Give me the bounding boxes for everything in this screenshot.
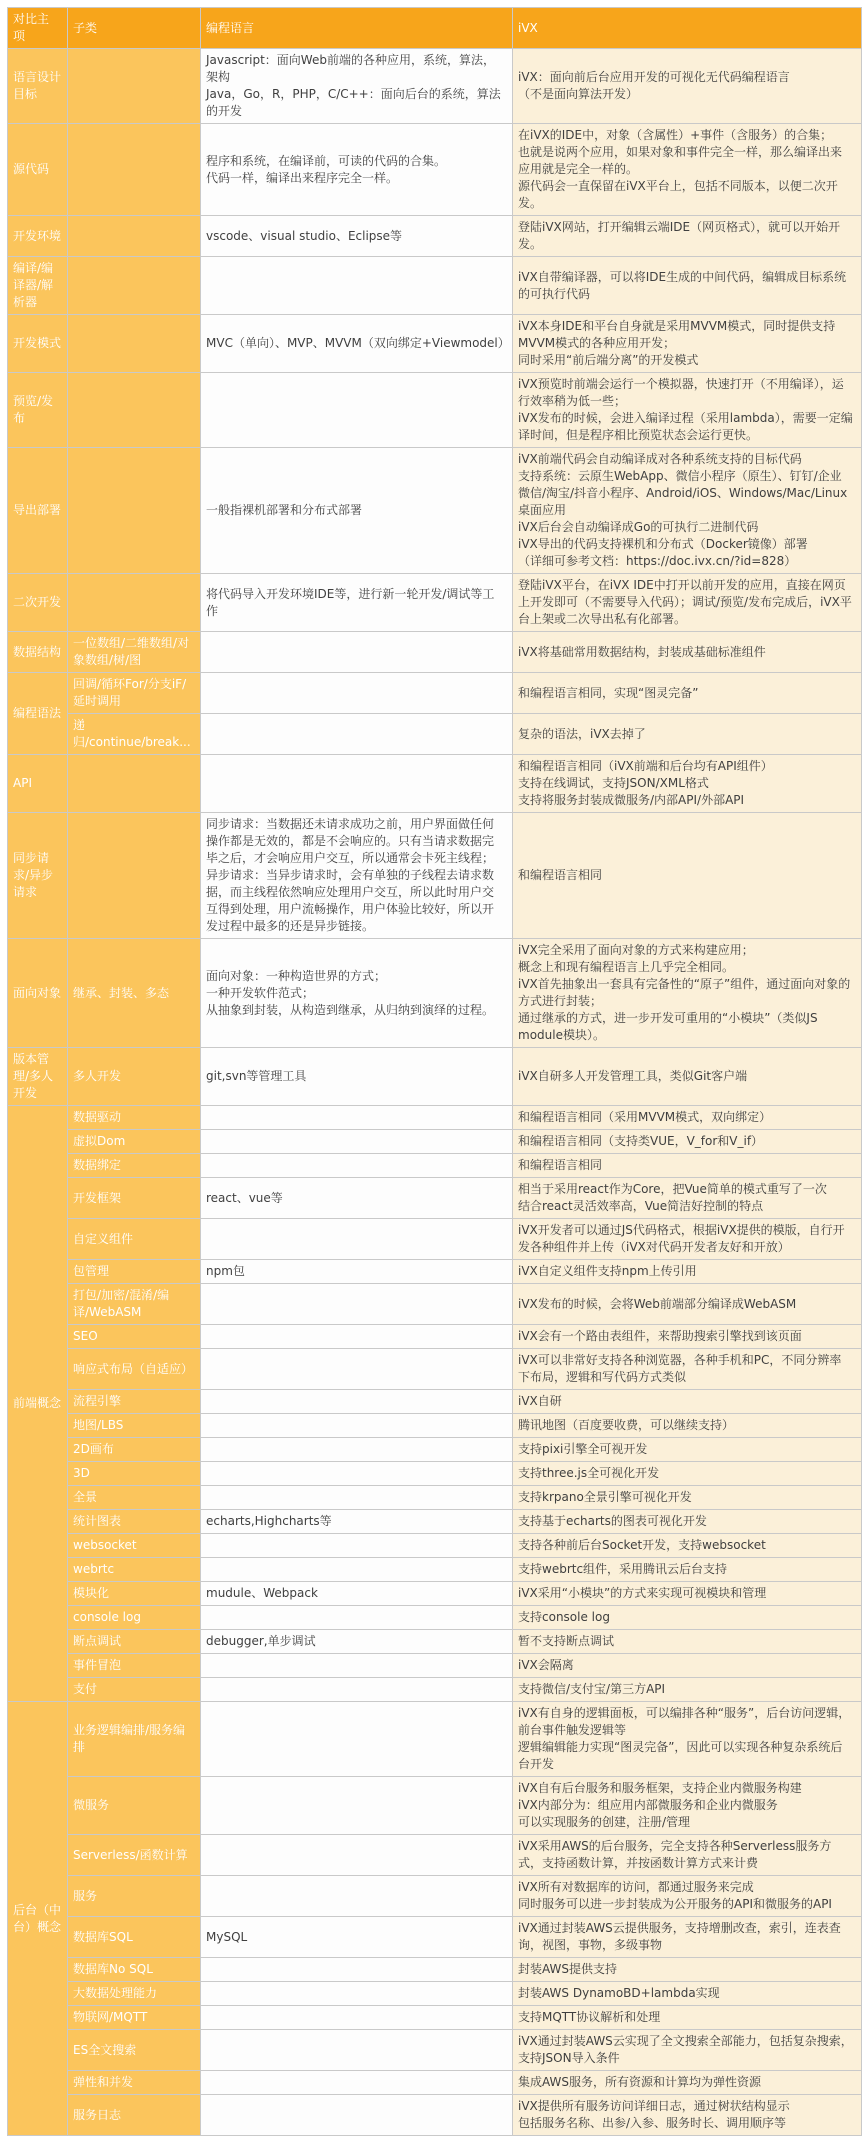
subcategory-cell: 服务日志 bbox=[68, 2095, 201, 2136]
ivx-value-cell: 封装AWS提供支持 bbox=[513, 1958, 862, 1982]
programming-language-cell bbox=[201, 1777, 513, 1835]
ivx-value-cell: iVX提供所有服务访问详细日志，通过树状结构显示包括服务名称、出参/入参、服务时… bbox=[513, 2095, 862, 2136]
cell-line: iVX内部分为：组应用内部微服务和企业内微服务 bbox=[518, 1797, 853, 1814]
main-category-cell: 数据结构 bbox=[8, 632, 68, 673]
cell-line: 将代码导入开发环境IDE等，进行新一轮开发/调试等工作 bbox=[206, 586, 504, 620]
cell-line: debugger,单步调试 bbox=[206, 1633, 504, 1650]
programming-language-cell: mudule、Webpack bbox=[201, 1582, 513, 1606]
subcategory-cell: 数据绑定 bbox=[68, 1154, 201, 1178]
subcategory-cell: 业务逻辑编排/服务编排 bbox=[68, 1702, 201, 1777]
ivx-value-cell: 和编程语言相同 bbox=[513, 813, 862, 939]
table-row: 语言设计目标Javascript：面向Web前端的各种应用，系统，算法，架构Ja… bbox=[8, 49, 862, 124]
programming-language-cell bbox=[201, 714, 513, 755]
table-row: 统计图表echarts,Highcharts等支持基于echarts的图表可视化… bbox=[8, 1510, 862, 1534]
cell-line: 在iVX的IDE中，对象（含属性）+事件（含服务）的合集； bbox=[518, 127, 853, 144]
programming-language-cell bbox=[201, 1558, 513, 1582]
ivx-value-cell: 支持基于echarts的图表可视化开发 bbox=[513, 1510, 862, 1534]
ivx-value-cell: 登陆iVX平台，在iVX IDE中打开以前开发的应用，直接在网页上开发即可（不需… bbox=[513, 574, 862, 632]
cell-line: 支持krpano全景引擎可视化开发 bbox=[518, 1489, 853, 1506]
programming-language-cell: npm包 bbox=[201, 1260, 513, 1284]
cell-line: iVX通过封装AWS云提供服务，支持增删改查，索引，连表查询，视图，事物，多级事… bbox=[518, 1920, 853, 1954]
cell-line: 通过继承的方式，进一步开发可重用的“小模块”（类似JS module模块）。 bbox=[518, 1010, 853, 1044]
programming-language-cell bbox=[201, 1325, 513, 1349]
programming-language-cell bbox=[201, 1486, 513, 1510]
table-row: 前端概念数据驱动和编程语言相同（采用MVVM模式，双向绑定） bbox=[8, 1106, 862, 1130]
cell-line: 支持three.js全可视化开发 bbox=[518, 1465, 853, 1482]
subcategory-cell: 虚拟Dom bbox=[68, 1130, 201, 1154]
cell-line: iVX会有一个路由表组件，来帮助搜索引擎找到该页面 bbox=[518, 1328, 853, 1345]
cell-line: 和编程语言相同 bbox=[518, 1157, 853, 1174]
programming-language-cell bbox=[201, 1702, 513, 1777]
cell-line: react、vue等 bbox=[206, 1190, 504, 1207]
ivx-value-cell: 和编程语言相同（采用MVVM模式，双向绑定） bbox=[513, 1106, 862, 1130]
ivx-value-cell: iVX采用“小模块”的方式来实现可视模块和管理 bbox=[513, 1582, 862, 1606]
table-row: 弹性和并发集成AWS服务，所有资源和计算均为弹性资源 bbox=[8, 2071, 862, 2095]
table-row: 支付支持微信/支付宝/第三方API bbox=[8, 1678, 862, 1702]
programming-language-cell bbox=[201, 1462, 513, 1486]
programming-language-cell bbox=[201, 1349, 513, 1390]
programming-language-cell bbox=[201, 1130, 513, 1154]
table-row: websocket支持各种前后台Socket开发，支持websocket bbox=[8, 1534, 862, 1558]
cell-line: 支持微信/支付宝/第三方API bbox=[518, 1681, 853, 1698]
header-cell-ivx: iVX bbox=[513, 8, 862, 49]
table-row: 数据库No SQL封装AWS提供支持 bbox=[8, 1958, 862, 1982]
programming-language-cell bbox=[201, 1654, 513, 1678]
cell-line: 支持各种前后台Socket开发，支持websocket bbox=[518, 1537, 853, 1554]
cell-line: MVC（单向）、MVP、MVVM（双向绑定+Viewmodel） bbox=[206, 335, 504, 352]
subcategory-cell: 数据驱动 bbox=[68, 1106, 201, 1130]
ivx-value-cell: 支持微信/支付宝/第三方API bbox=[513, 1678, 862, 1702]
cell-line: 和编程语言相同（iVX前端和后台均有API组件） bbox=[518, 758, 853, 775]
subcategory-cell bbox=[68, 216, 201, 257]
cell-line: 一般指裸机部署和分布式部署 bbox=[206, 502, 504, 519]
cell-line: iVX导出的代码支持裸机和分布式（Docker镜像）部署 bbox=[518, 536, 853, 553]
subcategory-cell bbox=[68, 49, 201, 124]
main-category-cell: 预览/发布 bbox=[8, 373, 68, 448]
cell-line: 一种开发软件范式； bbox=[206, 985, 504, 1002]
subcategory-cell: 响应式布局（自适应） bbox=[68, 1349, 201, 1390]
ivx-value-cell: 暂不支持断点调试 bbox=[513, 1630, 862, 1654]
programming-language-cell bbox=[201, 1835, 513, 1876]
ivx-value-cell: 和编程语言相同 bbox=[513, 1154, 862, 1178]
cell-line: iVX自研 bbox=[518, 1393, 853, 1410]
subcategory-cell: 统计图表 bbox=[68, 1510, 201, 1534]
subcategory-cell bbox=[68, 315, 201, 373]
table-row: 预览/发布iVX预览时前端会运行一个模拟器，快速打开（不用编译），运行效率稍为低… bbox=[8, 373, 862, 448]
subcategory-cell bbox=[68, 448, 201, 574]
ivx-value-cell: iVX开发者可以通过JS代码格式，根据iVX提供的模版，自行开发各种组件并上传（… bbox=[513, 1219, 862, 1260]
main-category-cell: 后台（中台）概念 bbox=[8, 1702, 68, 2136]
main-category-cell: 编译/编译器/解析器 bbox=[8, 257, 68, 315]
programming-language-cell bbox=[201, 1534, 513, 1558]
ivx-value-cell: 和编程语言相同（支持类VUE，V_for和V_if） bbox=[513, 1130, 862, 1154]
programming-language-cell: MVC（单向）、MVP、MVVM（双向绑定+Viewmodel） bbox=[201, 315, 513, 373]
table-row: Serverless/函数计算iVX采用AWS的后台服务，完全支持各种Serve… bbox=[8, 1835, 862, 1876]
programming-language-cell bbox=[201, 1390, 513, 1414]
subcategory-cell: Serverless/函数计算 bbox=[68, 1835, 201, 1876]
cell-line: 从抽象到封装，从构造到继承，从归纳到演绎的过程。 bbox=[206, 1002, 504, 1019]
table-row: 二次开发将代码导入开发环境IDE等，进行新一轮开发/调试等工作登陆iVX平台，在… bbox=[8, 574, 862, 632]
programming-language-cell: 面向对象：一种构造世界的方式；一种开发软件范式；从抽象到封装，从构造到继承，从归… bbox=[201, 939, 513, 1048]
subcategory-cell: 事件冒泡 bbox=[68, 1654, 201, 1678]
table-row: 物联网/MQTT支持MQTT协议解析和处理 bbox=[8, 2006, 862, 2030]
table-row: 源代码程序和系统，在编译前，可读的代码的合集。代码一样，编译出来程序完全一样。在… bbox=[8, 124, 862, 216]
cell-line: 概念上和现有编程语言上几乎完全相同。 bbox=[518, 959, 853, 976]
subcategory-cell: 包管理 bbox=[68, 1260, 201, 1284]
programming-language-cell bbox=[201, 1438, 513, 1462]
cell-line: MySQL bbox=[206, 1929, 504, 1946]
cell-line: iVX将基础常用数据结构，封装成基础标准组件 bbox=[518, 644, 853, 661]
ivx-value-cell: iVX将基础常用数据结构，封装成基础标准组件 bbox=[513, 632, 862, 673]
main-category-cell: 源代码 bbox=[8, 124, 68, 216]
programming-language-cell bbox=[201, 257, 513, 315]
ivx-value-cell: 腾讯地图（百度要收费，可以继续支持） bbox=[513, 1414, 862, 1438]
programming-language-cell bbox=[201, 1106, 513, 1130]
table-row: 数据库SQLMySQLiVX通过封装AWS云提供服务，支持增删改查，索引，连表查… bbox=[8, 1917, 862, 1958]
table-row: 同步请求/异步请求同步请求：当数据还未请求成功之前，用户界面做任何操作都是无效的… bbox=[8, 813, 862, 939]
ivx-value-cell: 支持three.js全可视化开发 bbox=[513, 1462, 862, 1486]
table-row: 数据绑定和编程语言相同 bbox=[8, 1154, 862, 1178]
table-row: 2D画布支持pixi引擎全可视开发 bbox=[8, 1438, 862, 1462]
cell-line: 支持系统：云原生WebApp、微信小程序（原生）、钉钉/企业微信/淘宝/抖音小程… bbox=[518, 468, 853, 519]
cell-line: iVX所有对数据库的访问，都通过服务来完成 bbox=[518, 1879, 853, 1896]
table-row: 包管理npm包iVX自定义组件支持npm上传引用 bbox=[8, 1260, 862, 1284]
programming-language-cell: react、vue等 bbox=[201, 1178, 513, 1219]
cell-line: iVX可以非常好支持各种浏览器，各种手机和PC，不同分辨率下布局，逻辑和写代码方… bbox=[518, 1352, 853, 1386]
cell-line: 支持MQTT协议解析和处理 bbox=[518, 2009, 853, 2026]
subcategory-cell: websocket bbox=[68, 1534, 201, 1558]
subcategory-cell: ES全文搜索 bbox=[68, 2030, 201, 2071]
programming-language-cell bbox=[201, 1414, 513, 1438]
cell-line: 复杂的语法，iVX去掉了 bbox=[518, 726, 853, 743]
table-row: 数据结构一位数组/二维数组/对象数组/树/图iVX将基础常用数据结构，封装成基础… bbox=[8, 632, 862, 673]
cell-line: mudule、Webpack bbox=[206, 1585, 504, 1602]
table-row: 编译/编译器/解析器iVX自带编译器，可以将IDE生成的中间代码，编辑成目标系统… bbox=[8, 257, 862, 315]
subcategory-cell: 模块化 bbox=[68, 1582, 201, 1606]
programming-language-cell bbox=[201, 1284, 513, 1325]
cell-line: 同步请求：当数据还未请求成功之前，用户界面做任何操作都是无效的，都是不会响应的。… bbox=[206, 816, 504, 867]
programming-language-cell: debugger,单步调试 bbox=[201, 1630, 513, 1654]
header-cell-programming-language: 编程语言 bbox=[201, 8, 513, 49]
table-row: 版本管理/多人开发多人开发git,svn等管理工具iVX自研多人开发管理工具，类… bbox=[8, 1048, 862, 1106]
ivx-value-cell: 在iVX的IDE中，对象（含属性）+事件（含服务）的合集；也就是说两个应用，如果… bbox=[513, 124, 862, 216]
cell-line: Java，Go，R，PHP，C/C++：面向后台的系统，算法的开发 bbox=[206, 86, 504, 120]
cell-line: 相当于采用react作为Core，把Vue简单的模式重写了一次 bbox=[518, 1181, 853, 1198]
cell-line: 和编程语言相同（支持类VUE，V_for和V_if） bbox=[518, 1133, 853, 1150]
subcategory-cell: 全景 bbox=[68, 1486, 201, 1510]
ivx-value-cell: 登陆iVX网站，打开编辑云端IDE（网页格式），就可以开始开发。 bbox=[513, 216, 862, 257]
subcategory-cell bbox=[68, 574, 201, 632]
table-row: 微服务iVX自有后台服务和服务框架，支持企业内微服务构建iVX内部分为：组应用内… bbox=[8, 1777, 862, 1835]
ivx-value-cell: 支持krpano全景引擎可视化开发 bbox=[513, 1486, 862, 1510]
ivx-value-cell: 集成AWS服务，所有资源和计算均为弹性资源 bbox=[513, 2071, 862, 2095]
cell-line: iVX发布的时候，会进入编译过程（采用lambda），需要一定编译时间，但是程序… bbox=[518, 410, 853, 444]
ivx-value-cell: iVX自研多人开发管理工具，类似Git客户端 bbox=[513, 1048, 862, 1106]
table-row: API和编程语言相同（iVX前端和后台均有API组件）支持在线调试，支持JSON… bbox=[8, 755, 862, 813]
ivx-value-cell: 封装AWS DynamoBD+lambda实现 bbox=[513, 1982, 862, 2006]
cell-line: iVX自研多人开发管理工具，类似Git客户端 bbox=[518, 1068, 853, 1085]
subcategory-cell: 地图/LBS bbox=[68, 1414, 201, 1438]
table-row: 3D支持three.js全可视化开发 bbox=[8, 1462, 862, 1486]
main-category-cell: 同步请求/异步请求 bbox=[8, 813, 68, 939]
ivx-value-cell: iVX采用AWS的后台服务，完全支持各种Serverless服务方式，支持函数计… bbox=[513, 1835, 862, 1876]
cell-line: iVX自带编译器，可以将IDE生成的中间代码，编辑成目标系统的可执行代码 bbox=[518, 269, 853, 303]
table-row: 导出部署一般指裸机部署和分布式部署iVX前端代码会自动编译成对各种系统支持的目标… bbox=[8, 448, 862, 574]
main-category-cell: 面向对象 bbox=[8, 939, 68, 1048]
cell-line: iVX提供所有服务访问详细日志，通过树状结构显示 bbox=[518, 2098, 853, 2115]
programming-language-cell: 程序和系统，在编译前，可读的代码的合集。代码一样，编译出来程序完全一样。 bbox=[201, 124, 513, 216]
table-row: 开发框架react、vue等相当于采用react作为Core，把Vue简单的模式… bbox=[8, 1178, 862, 1219]
programming-language-cell bbox=[201, 1678, 513, 1702]
table-row: 开发模式MVC（单向）、MVP、MVVM（双向绑定+Viewmodel）iVX本… bbox=[8, 315, 862, 373]
cell-line: iVX有自身的逻辑面板，可以编排各种“服务”，后台访问逻辑，前台事件触发逻辑等 bbox=[518, 1705, 853, 1739]
programming-language-cell bbox=[201, 673, 513, 714]
subcategory-cell: 服务 bbox=[68, 1876, 201, 1917]
cell-line: iVX开发者可以通过JS代码格式，根据iVX提供的模版，自行开发各种组件并上传（… bbox=[518, 1222, 853, 1256]
cell-line: vscode、visual studio、Eclipse等 bbox=[206, 228, 504, 245]
table-row: 后台（中台）概念业务逻辑编排/服务编排iVX有自身的逻辑面板，可以编排各种“服务… bbox=[8, 1702, 862, 1777]
subcategory-cell bbox=[68, 373, 201, 448]
programming-language-cell bbox=[201, 1958, 513, 1982]
cell-line: 也就是说两个应用，如果对象和事件完全一样，那么编译出来应用就是完全一样的。 bbox=[518, 144, 853, 178]
table-row: 开发环境vscode、visual studio、Eclipse等登陆iVX网站… bbox=[8, 216, 862, 257]
table-row: 自定义组件iVX开发者可以通过JS代码格式，根据iVX提供的模版，自行开发各种组… bbox=[8, 1219, 862, 1260]
cell-line: Javascript：面向Web前端的各种应用，系统，算法，架构 bbox=[206, 52, 504, 86]
cell-line: 支持基于echarts的图表可视化开发 bbox=[518, 1513, 853, 1530]
cell-line: 同时服务可以进一步封装成为公开服务的API和微服务的API bbox=[518, 1896, 853, 1913]
cell-line: 登陆iVX平台，在iVX IDE中打开以前开发的应用，直接在网页上开发即可（不需… bbox=[518, 577, 853, 628]
programming-language-cell: echarts,Highcharts等 bbox=[201, 1510, 513, 1534]
subcategory-cell: 微服务 bbox=[68, 1777, 201, 1835]
subcategory-cell: webrtc bbox=[68, 1558, 201, 1582]
table-row: 事件冒泡iVX会隔离 bbox=[8, 1654, 862, 1678]
cell-line: iVX自定义组件支持npm上传引用 bbox=[518, 1263, 853, 1280]
programming-language-cell: MySQL bbox=[201, 1917, 513, 1958]
cell-line: iVX完全采用了面向对象的方式来构建应用； bbox=[518, 942, 853, 959]
cell-line: 逻辑编辑能力实现“图灵完备”，因此可以实现各种复杂系统后台开发 bbox=[518, 1739, 853, 1773]
ivx-value-cell: iVX发布的时候，会将Web前端部分编译成WebASM bbox=[513, 1284, 862, 1325]
ivx-value-cell: iVX所有对数据库的访问，都通过服务来完成同时服务可以进一步封装成为公开服务的A… bbox=[513, 1876, 862, 1917]
ivx-value-cell: iVX有自身的逻辑面板，可以编排各种“服务”，后台访问逻辑，前台事件触发逻辑等逻… bbox=[513, 1702, 862, 1777]
cell-line: iVX采用“小模块”的方式来实现可视模块和管理 bbox=[518, 1585, 853, 1602]
table-row: 打包/加密/混淆/编译/WebASMiVX发布的时候，会将Web前端部分编译成W… bbox=[8, 1284, 862, 1325]
subcategory-cell bbox=[68, 813, 201, 939]
cell-line: 支持将服务封装成微服务/内部API/外部API bbox=[518, 792, 853, 809]
subcategory-cell: 数据库No SQL bbox=[68, 1958, 201, 1982]
main-category-cell: 版本管理/多人开发 bbox=[8, 1048, 68, 1106]
programming-language-cell bbox=[201, 2071, 513, 2095]
programming-language-cell bbox=[201, 1606, 513, 1630]
table-row: 地图/LBS腾讯地图（百度要收费，可以继续支持） bbox=[8, 1414, 862, 1438]
subcategory-cell: 一位数组/二维数组/对象数组/树/图 bbox=[68, 632, 201, 673]
cell-line: 面向对象：一种构造世界的方式； bbox=[206, 968, 504, 985]
table-row: 模块化mudule、WebpackiVX采用“小模块”的方式来实现可视模块和管理 bbox=[8, 1582, 862, 1606]
cell-line: 和编程语言相同 bbox=[518, 867, 853, 884]
cell-line: 登陆iVX网站，打开编辑云端IDE（网页格式），就可以开始开发。 bbox=[518, 219, 853, 253]
ivx-value-cell: 相当于采用react作为Core，把Vue简单的模式重写了一次结合react灵活… bbox=[513, 1178, 862, 1219]
subcategory-cell: 自定义组件 bbox=[68, 1219, 201, 1260]
main-category-cell: 前端概念 bbox=[8, 1106, 68, 1702]
subcategory-cell: 支付 bbox=[68, 1678, 201, 1702]
ivx-value-cell: 和编程语言相同，实现“图灵完备” bbox=[513, 673, 862, 714]
ivx-value-cell: iVX预览时前端会运行一个模拟器，快速打开（不用编译），运行效率稍为低一些；iV… bbox=[513, 373, 862, 448]
ivx-value-cell: iVX自带编译器，可以将IDE生成的中间代码，编辑成目标系统的可执行代码 bbox=[513, 257, 862, 315]
cell-line: 异步请求：当异步请求时，会有单独的子线程去请求数据，而主线程依然响应处理用户交互… bbox=[206, 867, 504, 935]
subcategory-cell bbox=[68, 124, 201, 216]
cell-line: 同时采用“前后端分离”的开发模式 bbox=[518, 352, 853, 369]
cell-line: git,svn等管理工具 bbox=[206, 1068, 504, 1085]
ivx-value-cell: iVX前端代码会自动编译成对各种系统支持的目标代码支持系统：云原生WebApp、… bbox=[513, 448, 862, 574]
ivx-value-cell: 和编程语言相同（iVX前端和后台均有API组件）支持在线调试，支持JSON/XM… bbox=[513, 755, 862, 813]
subcategory-cell: 弹性和并发 bbox=[68, 2071, 201, 2095]
programming-language-cell bbox=[201, 2030, 513, 2071]
table-row: 流程引擎iVX自研 bbox=[8, 1390, 862, 1414]
cell-line: iVX自有后台服务和服务框架，支持企业内微服务构建 bbox=[518, 1780, 853, 1797]
cell-line: 可以实现服务的创建，注册/管理 bbox=[518, 1814, 853, 1831]
subcategory-cell: 3D bbox=[68, 1462, 201, 1486]
programming-language-cell: 一般指裸机部署和分布式部署 bbox=[201, 448, 513, 574]
table-row: 响应式布局（自适应）iVX可以非常好支持各种浏览器，各种手机和PC，不同分辨率下… bbox=[8, 1349, 862, 1390]
cell-line: iVX前端代码会自动编译成对各种系统支持的目标代码 bbox=[518, 451, 853, 468]
ivx-value-cell: iVX通过封装AWS云提供服务，支持增删改查，索引，连表查询，视图，事物，多级事… bbox=[513, 1917, 862, 1958]
header-cell-sub: 子类 bbox=[68, 8, 201, 49]
cell-line: 支持console log bbox=[518, 1609, 853, 1626]
ivx-value-cell: iVX通过封装AWS云实现了全文搜索全部能力，包括复杂搜索，支持JSON导入条件 bbox=[513, 2030, 862, 2071]
table-row: 虚拟Dom和编程语言相同（支持类VUE，V_for和V_if） bbox=[8, 1130, 862, 1154]
cell-line: iVX：面向前后台应用开发的可视化无代码编程语言 bbox=[518, 69, 853, 86]
ivx-value-cell: iVX可以非常好支持各种浏览器，各种手机和PC，不同分辨率下布局，逻辑和写代码方… bbox=[513, 1349, 862, 1390]
ivx-value-cell: 支持webrtc组件，采用腾讯云后台支持 bbox=[513, 1558, 862, 1582]
programming-language-cell bbox=[201, 632, 513, 673]
header-cell-main: 对比主项 bbox=[8, 8, 68, 49]
cell-line: 封装AWS DynamoBD+lambda实现 bbox=[518, 1985, 853, 2002]
subcategory-cell: SEO bbox=[68, 1325, 201, 1349]
programming-language-cell bbox=[201, 1876, 513, 1917]
table-row: 编程语法回调/循环For/分支iF/延时调用和编程语言相同，实现“图灵完备” bbox=[8, 673, 862, 714]
table-row: 全景支持krpano全景引擎可视化开发 bbox=[8, 1486, 862, 1510]
comparison-table: 对比主项 子类 编程语言 iVX 语言设计目标Javascript：面向Web前… bbox=[7, 7, 862, 2136]
programming-language-cell: vscode、visual studio、Eclipse等 bbox=[201, 216, 513, 257]
table-row: SEOiVX会有一个路由表组件，来帮助搜索引擎找到该页面 bbox=[8, 1325, 862, 1349]
cell-line: 腾讯地图（百度要收费，可以继续支持） bbox=[518, 1417, 853, 1434]
subcategory-cell: 2D画布 bbox=[68, 1438, 201, 1462]
main-category-cell: 编程语法 bbox=[8, 673, 68, 755]
ivx-value-cell: iVX：面向前后台应用开发的可视化无代码编程语言（不是面向算法开发） bbox=[513, 49, 862, 124]
subcategory-cell bbox=[68, 755, 201, 813]
main-category-cell: API bbox=[8, 755, 68, 813]
cell-line: 程序和系统，在编译前，可读的代码的合集。 bbox=[206, 153, 504, 170]
subcategory-cell: 打包/加密/混淆/编译/WebASM bbox=[68, 1284, 201, 1325]
ivx-value-cell: iVX会有一个路由表组件，来帮助搜索引擎找到该页面 bbox=[513, 1325, 862, 1349]
programming-language-cell: 同步请求：当数据还未请求成功之前，用户界面做任何操作都是无效的，都是不会响应的。… bbox=[201, 813, 513, 939]
subcategory-cell: 断点调试 bbox=[68, 1630, 201, 1654]
cell-line: iVX首先抽象出一套具有完备性的“原子”组件，通过面向对象的方式进行封装； bbox=[518, 976, 853, 1010]
cell-line: iVX采用AWS的后台服务，完全支持各种Serverless服务方式，支持函数计… bbox=[518, 1838, 853, 1872]
cell-line: iVX本身IDE和平台自身就是采用MVVM模式，同时提供支持MVVM模式的各种应… bbox=[518, 318, 853, 352]
programming-language-cell bbox=[201, 373, 513, 448]
cell-line: 支持webrtc组件，采用腾讯云后台支持 bbox=[518, 1561, 853, 1578]
cell-line: 集成AWS服务，所有资源和计算均为弹性资源 bbox=[518, 2074, 853, 2091]
ivx-value-cell: 支持pixi引擎全可视开发 bbox=[513, 1438, 862, 1462]
table-row: ES全文搜索iVX通过封装AWS云实现了全文搜索全部能力，包括复杂搜索，支持JS… bbox=[8, 2030, 862, 2071]
subcategory-cell: 回调/循环For/分支iF/延时调用 bbox=[68, 673, 201, 714]
table-row: 服务日志iVX提供所有服务访问详细日志，通过树状结构显示包括服务名称、出参/入参… bbox=[8, 2095, 862, 2136]
subcategory-cell: 大数据处理能力 bbox=[68, 1982, 201, 2006]
ivx-value-cell: 支持MQTT协议解析和处理 bbox=[513, 2006, 862, 2030]
cell-line: 支持pixi引擎全可视开发 bbox=[518, 1441, 853, 1458]
programming-language-cell: git,svn等管理工具 bbox=[201, 1048, 513, 1106]
ivx-value-cell: 支持各种前后台Socket开发，支持websocket bbox=[513, 1534, 862, 1558]
subcategory-cell bbox=[68, 257, 201, 315]
ivx-value-cell: iVX完全采用了面向对象的方式来构建应用；概念上和现有编程语言上几乎完全相同。i… bbox=[513, 939, 862, 1048]
ivx-value-cell: iVX本身IDE和平台自身就是采用MVVM模式，同时提供支持MVVM模式的各种应… bbox=[513, 315, 862, 373]
ivx-value-cell: iVX自定义组件支持npm上传引用 bbox=[513, 1260, 862, 1284]
cell-line: 包括服务名称、出参/入参、服务时长、调用顺序等 bbox=[518, 2115, 853, 2132]
cell-line: 暂不支持断点调试 bbox=[518, 1633, 853, 1650]
cell-line: iVX通过封装AWS云实现了全文搜索全部能力，包括复杂搜索，支持JSON导入条件 bbox=[518, 2033, 853, 2067]
cell-line: 代码一样，编译出来程序完全一样。 bbox=[206, 170, 504, 187]
table-header-row: 对比主项 子类 编程语言 iVX bbox=[8, 8, 862, 49]
subcategory-cell: 物联网/MQTT bbox=[68, 2006, 201, 2030]
cell-line: 源代码会一直保留在iVX平台上，包括不同版本，以便二次开发。 bbox=[518, 178, 853, 212]
table-row: 断点调试debugger,单步调试暂不支持断点调试 bbox=[8, 1630, 862, 1654]
subcategory-cell: 流程引擎 bbox=[68, 1390, 201, 1414]
cell-line: iVX发布的时候，会将Web前端部分编译成WebASM bbox=[518, 1296, 853, 1313]
subcategory-cell: 开发框架 bbox=[68, 1178, 201, 1219]
cell-line: 和编程语言相同（采用MVVM模式，双向绑定） bbox=[518, 1109, 853, 1126]
ivx-value-cell: iVX自有后台服务和服务框架，支持企业内微服务构建iVX内部分为：组应用内部微服… bbox=[513, 1777, 862, 1835]
programming-language-cell bbox=[201, 755, 513, 813]
subcategory-cell: 多人开发 bbox=[68, 1048, 201, 1106]
programming-language-cell: 将代码导入开发环境IDE等，进行新一轮开发/调试等工作 bbox=[201, 574, 513, 632]
main-category-cell: 开发环境 bbox=[8, 216, 68, 257]
cell-line: npm包 bbox=[206, 1263, 504, 1280]
main-category-cell: 导出部署 bbox=[8, 448, 68, 574]
table-row: webrtc支持webrtc组件，采用腾讯云后台支持 bbox=[8, 1558, 862, 1582]
cell-line: 封装AWS提供支持 bbox=[518, 1961, 853, 1978]
programming-language-cell: Javascript：面向Web前端的各种应用，系统，算法，架构Java，Go，… bbox=[201, 49, 513, 124]
programming-language-cell bbox=[201, 1219, 513, 1260]
cell-line: iVX后台会自动编译成Go的可执行二进制代码 bbox=[518, 519, 853, 536]
table-body: 语言设计目标Javascript：面向Web前端的各种应用，系统，算法，架构Ja… bbox=[8, 49, 862, 2136]
ivx-value-cell: iVX会隔离 bbox=[513, 1654, 862, 1678]
cell-line: （详细可参考文档：https://doc.ivx.cn/?id=828） bbox=[518, 553, 853, 570]
programming-language-cell bbox=[201, 1154, 513, 1178]
cell-line: 和编程语言相同，实现“图灵完备” bbox=[518, 685, 853, 702]
subcategory-cell: 数据库SQL bbox=[68, 1917, 201, 1958]
ivx-value-cell: iVX自研 bbox=[513, 1390, 862, 1414]
programming-language-cell bbox=[201, 2006, 513, 2030]
cell-line: 结合react灵活效率高，Vue简洁好控制的特点 bbox=[518, 1198, 853, 1215]
table-row: 递归/continue/break...复杂的语法，iVX去掉了 bbox=[8, 714, 862, 755]
main-category-cell: 语言设计目标 bbox=[8, 49, 68, 124]
table-row: 面向对象继承、封装、多态面向对象：一种构造世界的方式；一种开发软件范式；从抽象到… bbox=[8, 939, 862, 1048]
programming-language-cell bbox=[201, 1982, 513, 2006]
cell-line: 支持在线调试，支持JSON/XML格式 bbox=[518, 775, 853, 792]
cell-line: iVX会隔离 bbox=[518, 1657, 853, 1674]
cell-line: iVX预览时前端会运行一个模拟器，快速打开（不用编译），运行效率稍为低一些； bbox=[518, 376, 853, 410]
programming-language-cell bbox=[201, 2095, 513, 2136]
cell-line: echarts,Highcharts等 bbox=[206, 1513, 504, 1530]
main-category-cell: 二次开发 bbox=[8, 574, 68, 632]
ivx-value-cell: 复杂的语法，iVX去掉了 bbox=[513, 714, 862, 755]
table-row: 大数据处理能力封装AWS DynamoBD+lambda实现 bbox=[8, 1982, 862, 2006]
table-row: console log支持console log bbox=[8, 1606, 862, 1630]
subcategory-cell: 递归/continue/break... bbox=[68, 714, 201, 755]
subcategory-cell: console log bbox=[68, 1606, 201, 1630]
subcategory-cell: 继承、封装、多态 bbox=[68, 939, 201, 1048]
table-row: 服务iVX所有对数据库的访问，都通过服务来完成同时服务可以进一步封装成为公开服务… bbox=[8, 1876, 862, 1917]
